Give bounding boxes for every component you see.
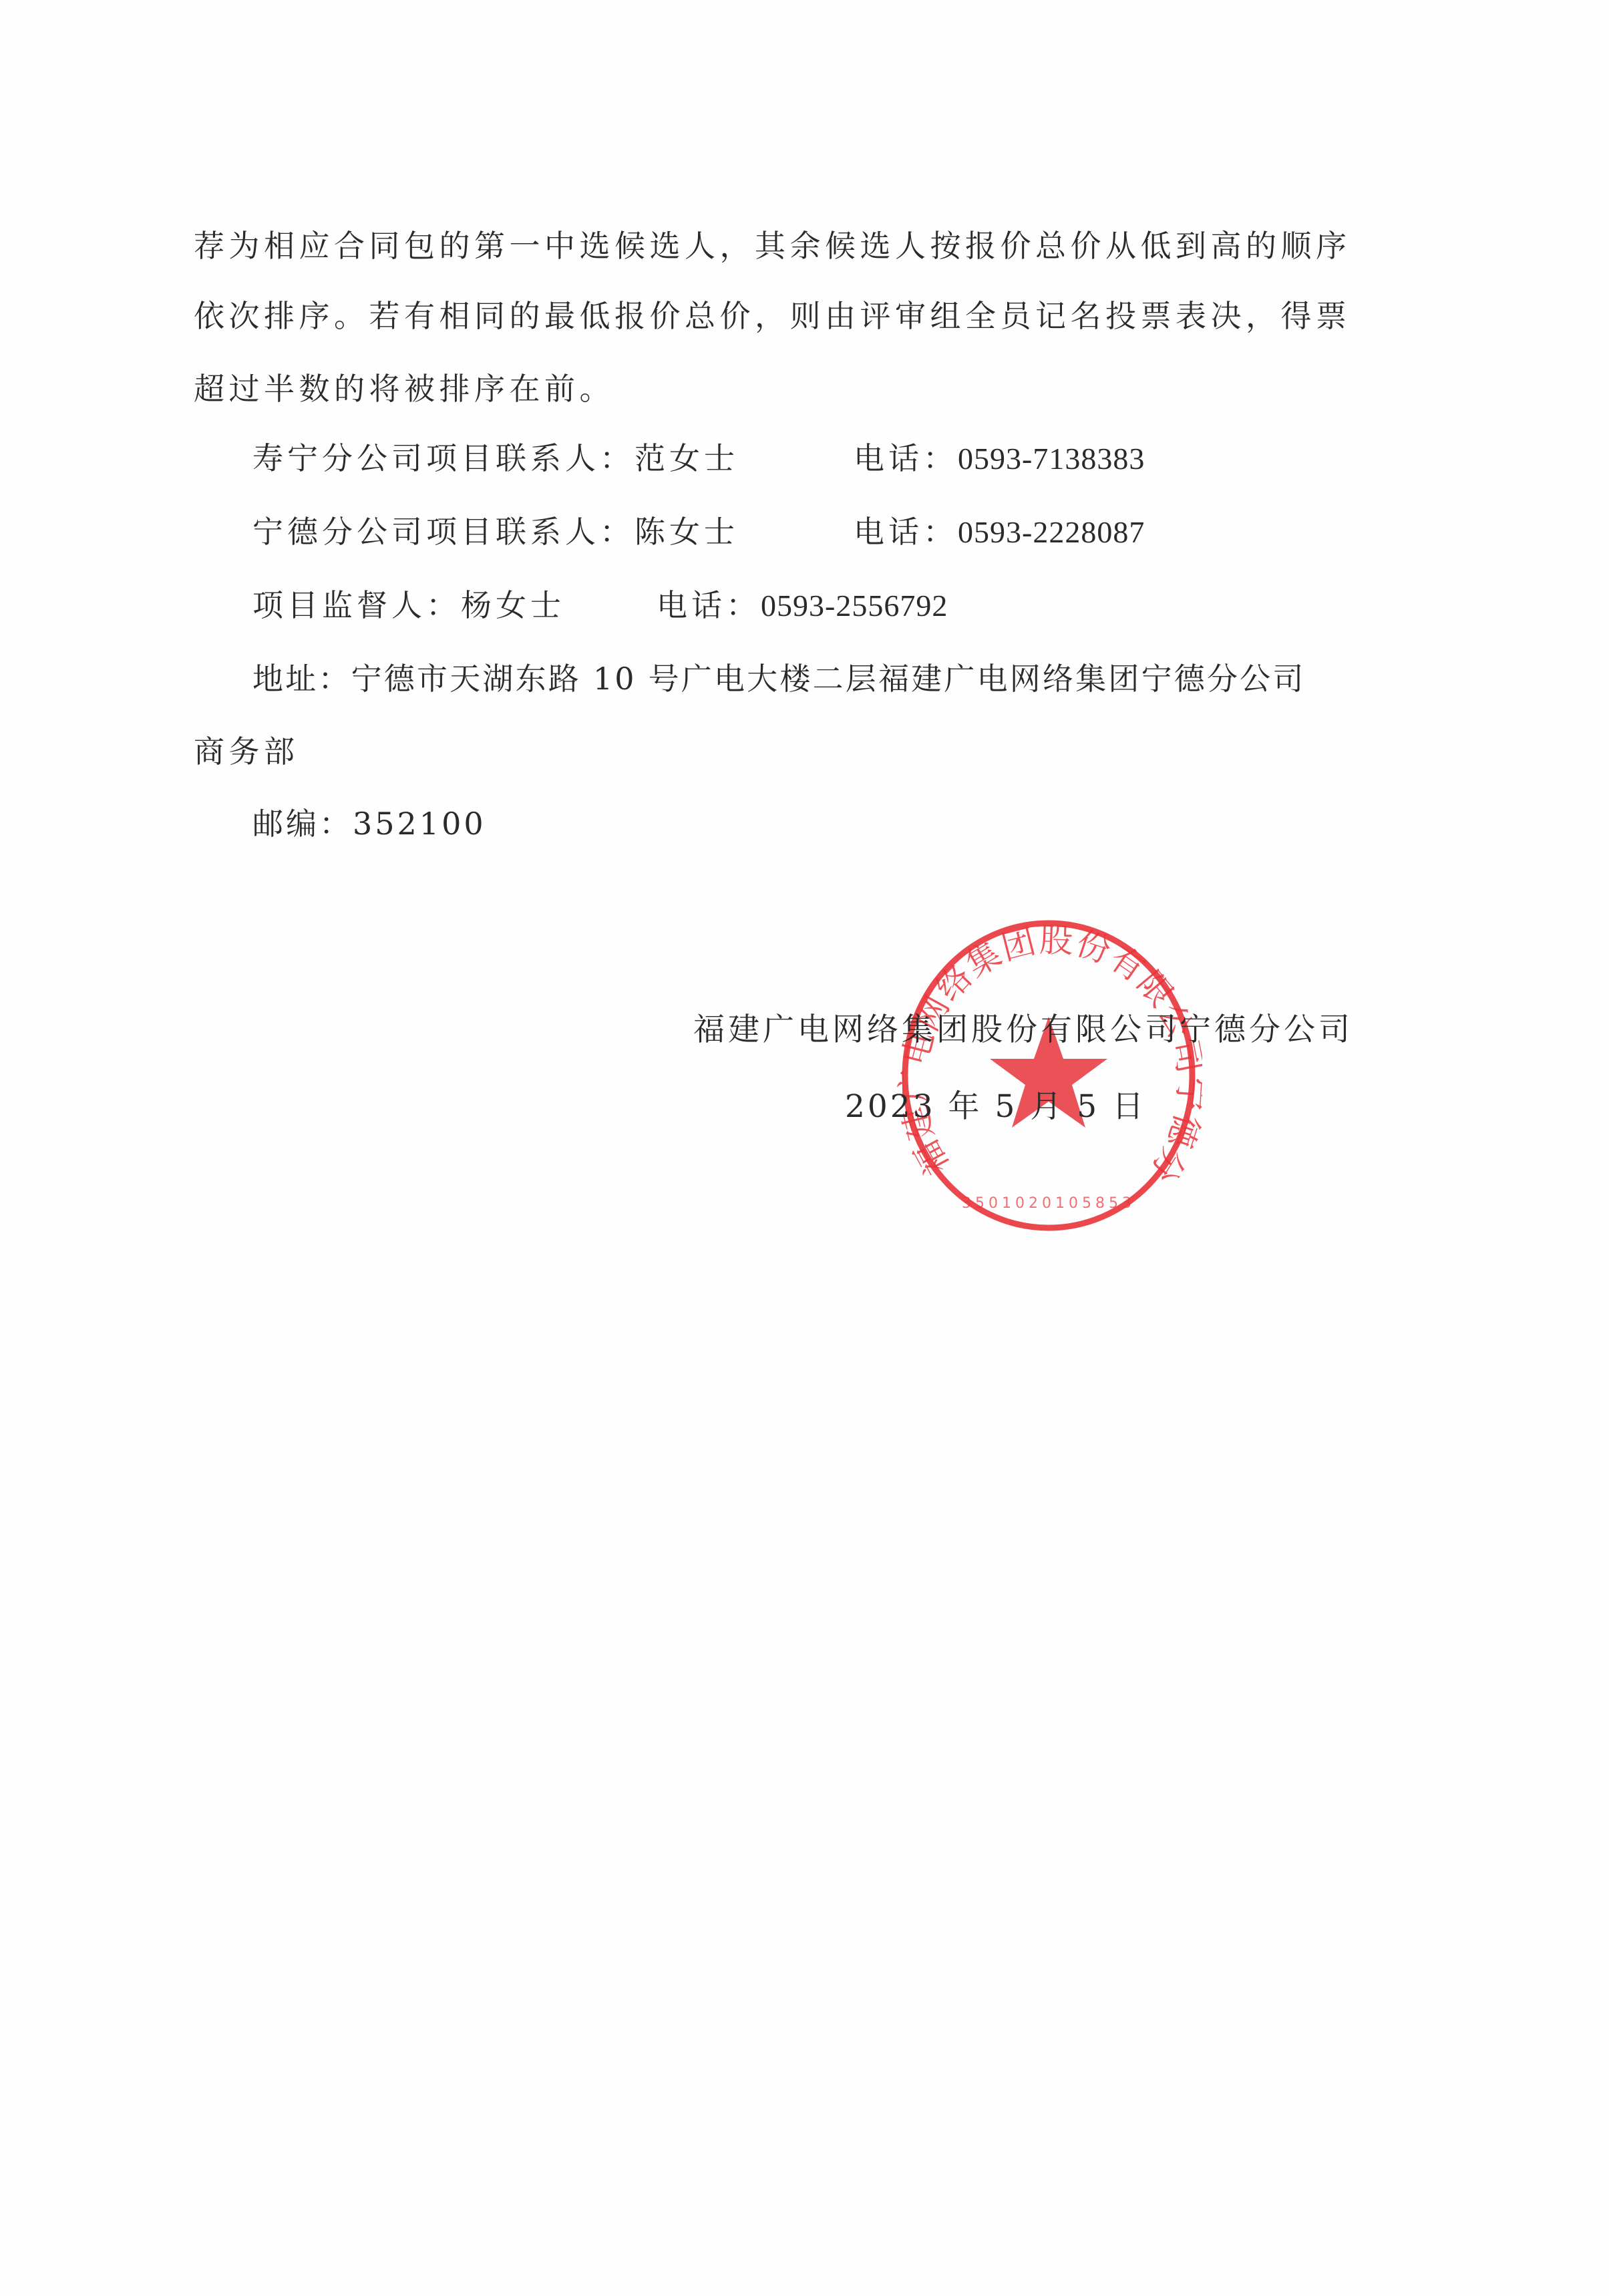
signature-company: 福建广电网络集团股份有限公司宁德分公司 [693, 1010, 1353, 1050]
phone-number: 0593-7138383 [958, 442, 1145, 476]
contact-phone: 电话：0593-2228087 [854, 512, 1145, 552]
svg-text:福建广电网络集团股份有限公司宁德分公司: 福建广电网络集团股份有限公司宁德分公司 [895, 915, 1202, 1190]
phone-number: 0593-2556792 [761, 589, 948, 623]
document-page: 荐为相应合同包的第一中选候选人，其余候选人按报价总价从低到高的顺序 依次排序。若… [0, 0, 1609, 2296]
company-seal-icon: 福建广电网络集团股份有限公司宁德分公司 3501020105853 [895, 915, 1202, 1236]
address-line-2: 商务部 [194, 731, 299, 772]
contact-phone: 电话：0593-7138383 [854, 438, 1145, 479]
paragraph-line-3: 超过半数的将被排序在前。 [194, 369, 614, 409]
contact-phone: 电话：0593-2556792 [657, 585, 948, 626]
contact-ningde: 宁德分公司项目联系人：陈女士 电话：0593-2228087 [252, 512, 739, 552]
phone-label: 电话： [657, 587, 761, 623]
contact-supervisor: 项目监督人：杨女士 电话：0593-2556792 [252, 585, 565, 625]
phone-label: 电话： [854, 514, 958, 550]
paragraph-line-1: 荐为相应合同包的第一中选候选人，其余候选人按报价总价从低到高的顺序 [194, 226, 1351, 266]
signature-date: 2023 年 5 月 5 日 [845, 1087, 1146, 1127]
address-line-1: 地址：宁德市天湖东路 10 号广电大楼二层福建广电网络集团宁德分公司 [252, 659, 1306, 699]
paragraph-line-2: 依次排序。若有相同的最低报价总价，则由评审组全员记名投票表决，得票 [194, 296, 1351, 336]
contact-label: 寿宁分公司项目联系人：范女士 [252, 438, 739, 478]
phone-label: 电话： [854, 440, 958, 476]
contact-shouning: 寿宁分公司项目联系人：范女士 电话：0593-7138383 [252, 438, 739, 478]
contact-label: 宁德分公司项目联系人：陈女士 [252, 512, 739, 552]
phone-number: 0593-2228087 [958, 515, 1145, 549]
contact-label: 项目监督人：杨女士 [252, 585, 565, 625]
svg-text:3501020105853: 3501020105853 [962, 1195, 1135, 1212]
postcode: 邮编：352100 [252, 804, 486, 844]
